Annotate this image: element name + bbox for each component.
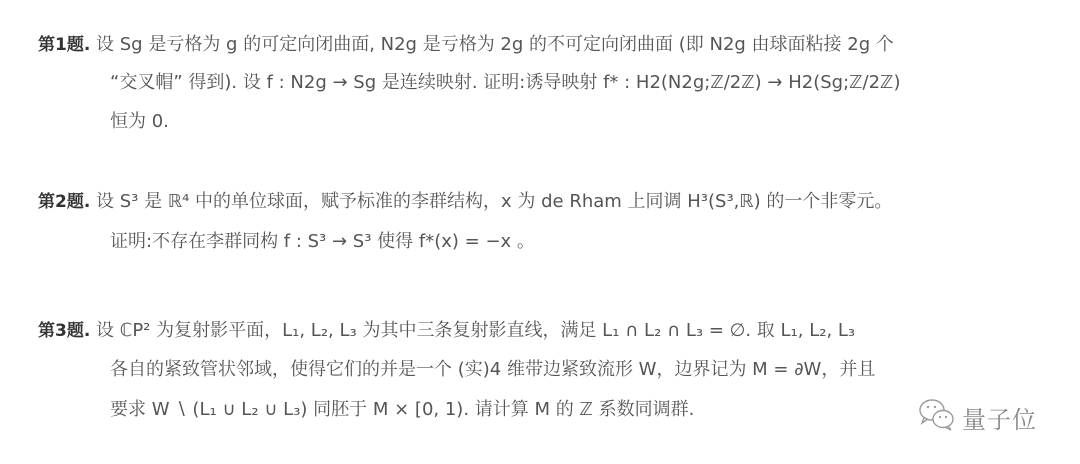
problem-2-line-2: 证明:不存在李群同构 f : S³ → S³ 使得 f*(x) = −x 。 — [110, 230, 535, 254]
problem-1-line-1: 第1题. 设 Sg 是亏格为 g 的可定向闭曲面, N2g 是亏格为 2g 的不… — [38, 33, 894, 57]
problem-1-text-1: 设 Sg 是亏格为 g 的可定向闭曲面, N2g 是亏格为 2g 的不可定向闭曲… — [96, 34, 894, 55]
problem-3-line-2: 各自的紧致管状邻域，使得它们的并是一个 (实)4 维带边紧致流形 W，边界记为 … — [110, 358, 875, 382]
problem-2-label: 第2题. — [38, 192, 90, 212]
problem-3-text-1: 设 ℂP² 为复射影平面，L₁, L₂, L₃ 为其中三条复射影直线，满足 L₁… — [96, 320, 855, 341]
problem-2-text-1: 设 S³ 是 ℝ⁴ 中的单位球面，赋予标准的李群结构，x 为 de Rham 上… — [96, 191, 892, 212]
problem-1-line-3: 恒为 0. — [110, 110, 169, 134]
problem-2-text-2: 证明:不存在李群同构 f : S³ → S³ 使得 f*(x) = −x 。 — [110, 231, 535, 252]
problem-3-text-2: 各自的紧致管状邻域，使得它们的并是一个 (实)4 维带边紧致流形 W，边界记为 … — [110, 359, 875, 380]
problem-2-line-1: 第2题. 设 S³ 是 ℝ⁴ 中的单位球面，赋予标准的李群结构，x 为 de R… — [38, 190, 892, 214]
problem-1-text-2: “交叉帽” 得到). 设 f : N2g → Sg 是连续映射. 证明:诱导映射… — [110, 72, 900, 93]
problem-3-line-3: 要求 W ∖ (L₁ ∪ L₂ ∪ L₃) 同胚于 M × [0, 1). 请计… — [110, 398, 694, 422]
watermark-text: 量子位 — [962, 400, 1037, 435]
problem-3-label: 第3题. — [38, 321, 90, 341]
problem-3-line-1: 第3题. 设 ℂP² 为复射影平面，L₁, L₂, L₃ 为其中三条复射影直线，… — [38, 319, 855, 343]
watermark: 量子位 — [918, 398, 1037, 436]
problem-1-line-2: “交叉帽” 得到). 设 f : N2g → Sg 是连续映射. 证明:诱导映射… — [110, 71, 900, 95]
problem-1-label: 第1题. — [38, 35, 90, 55]
wechat-icon — [918, 398, 956, 436]
problem-1-text-3: 恒为 0. — [110, 111, 169, 132]
problem-3-text-3: 要求 W ∖ (L₁ ∪ L₂ ∪ L₃) 同胚于 M × [0, 1). 请计… — [110, 399, 694, 420]
